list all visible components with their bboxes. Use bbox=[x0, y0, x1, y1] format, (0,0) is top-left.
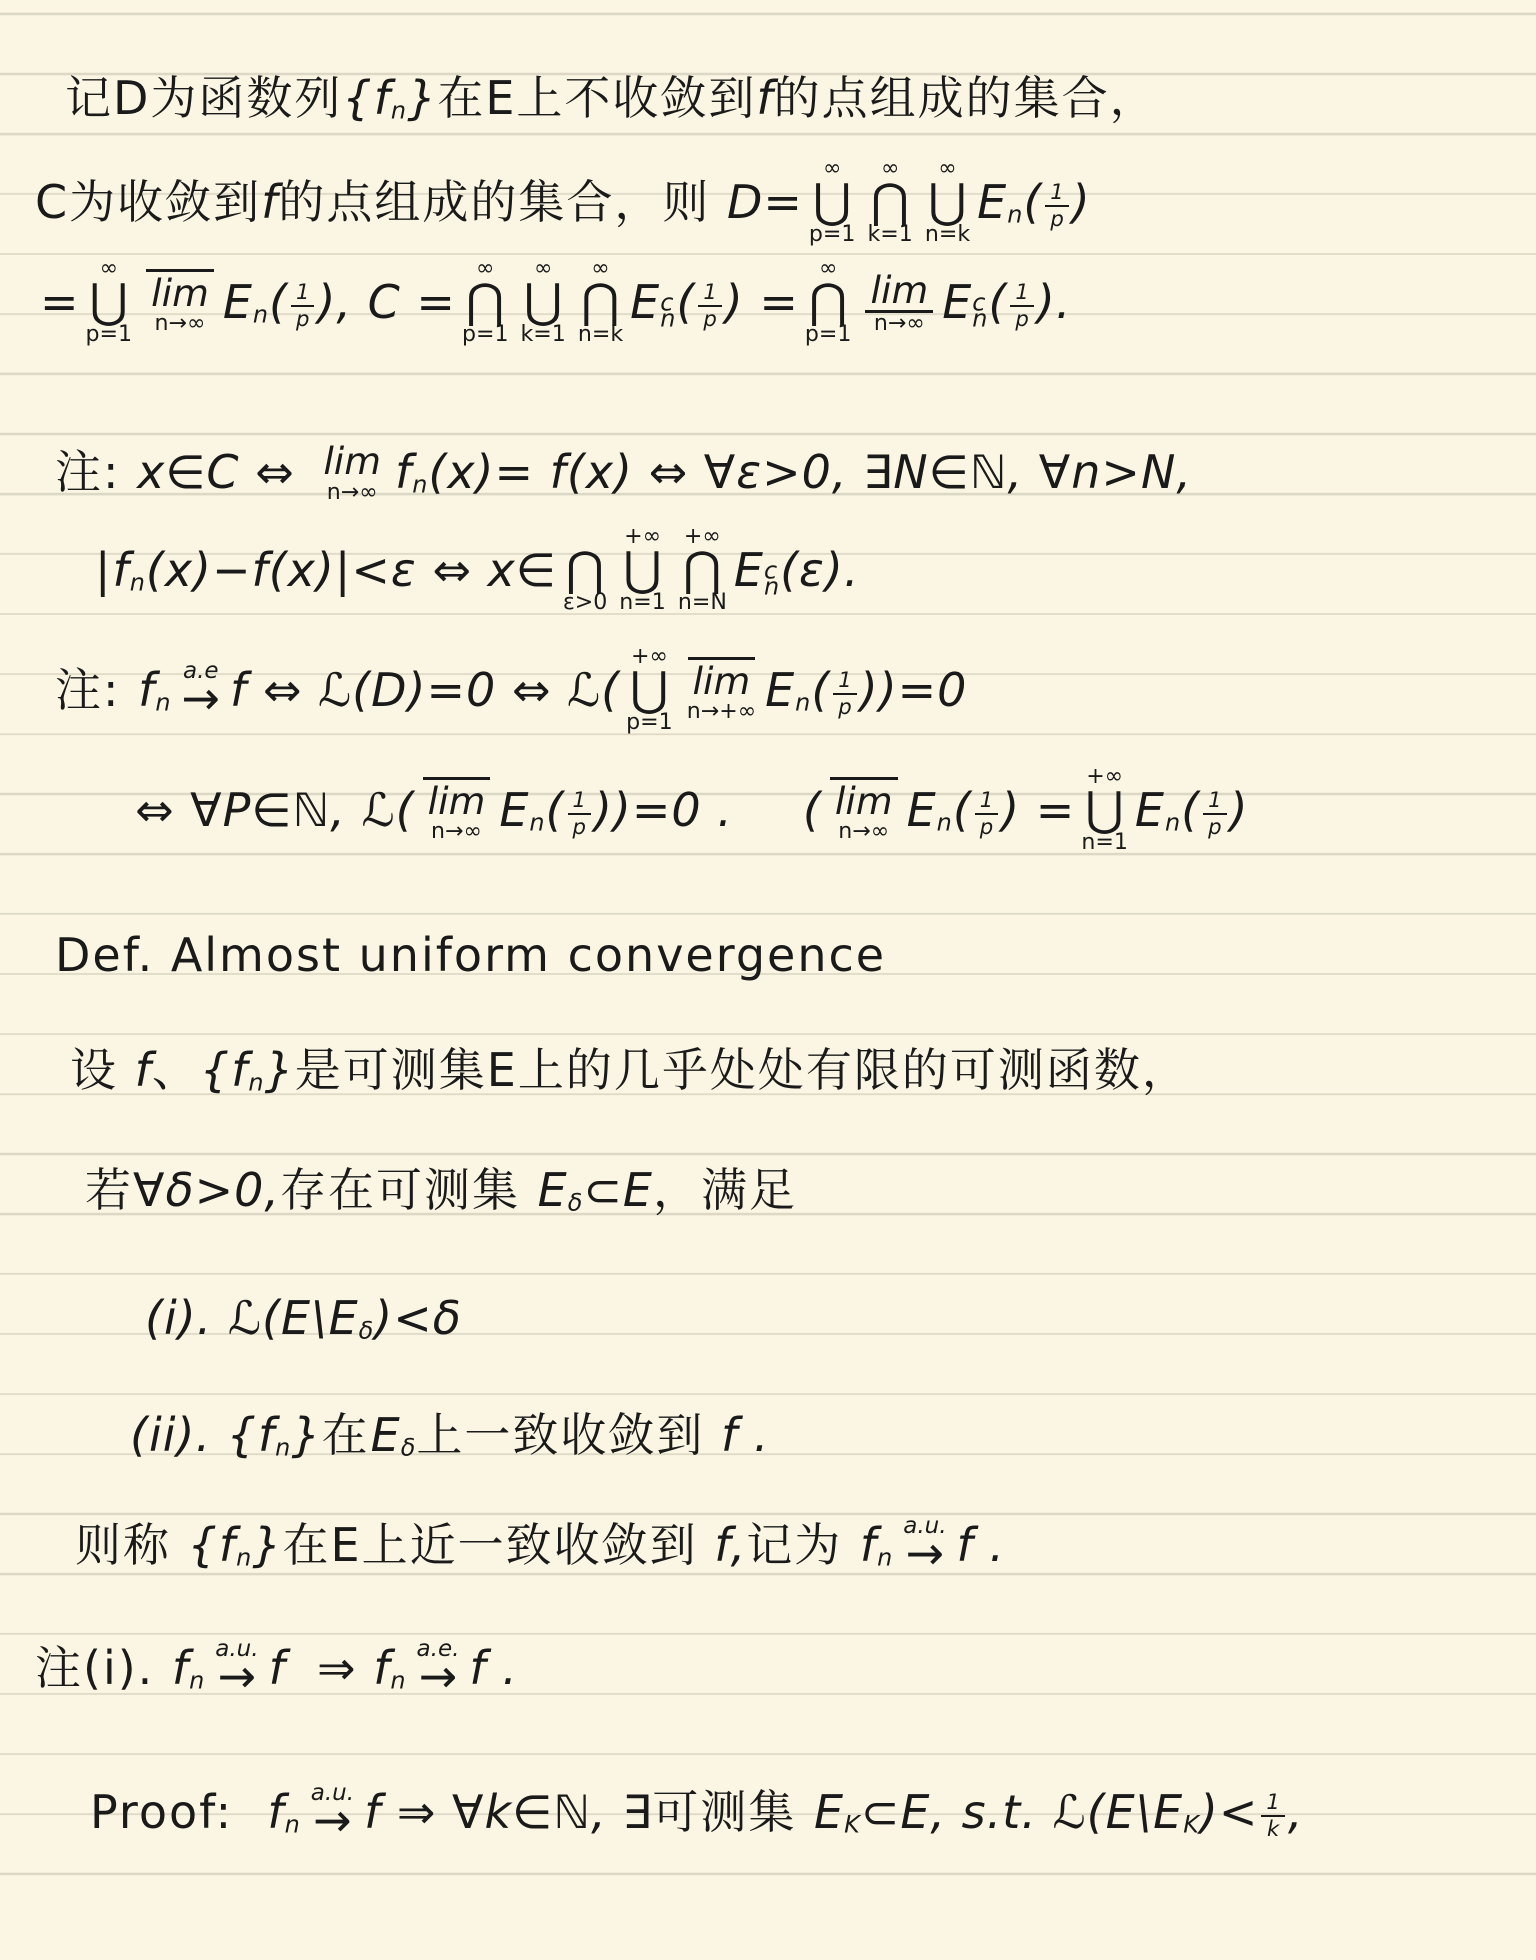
term-subscript: n bbox=[390, 1669, 405, 1689]
term-scripts: n bbox=[1007, 191, 1022, 223]
limit-lower: p=1 bbox=[805, 324, 852, 346]
term-scripts: n bbox=[412, 461, 427, 493]
sub-sup-term: En bbox=[977, 179, 1022, 225]
text-run: 注(i). bbox=[35, 1645, 171, 1691]
numerator: 1 bbox=[1045, 180, 1068, 206]
math-run: ) = bbox=[1001, 787, 1075, 833]
term-base: f bbox=[267, 1789, 283, 1835]
intersection-operator: ∞⋂k=1 bbox=[867, 158, 912, 247]
math-run: ⊂E bbox=[583, 1167, 653, 1213]
term-scripts: n bbox=[155, 679, 170, 711]
term-scripts: n bbox=[877, 1534, 892, 1566]
math-run: f, bbox=[714, 1522, 746, 1568]
limit-operator: limn→∞ bbox=[423, 777, 491, 844]
term-subscript: n bbox=[275, 1436, 290, 1456]
sub-sup-term: fn bbox=[231, 1047, 263, 1093]
math-run: f bbox=[135, 1047, 152, 1093]
term-scripts: δ bbox=[359, 1307, 374, 1339]
numerator: 1 bbox=[1203, 788, 1226, 814]
term-base: f bbox=[373, 1645, 389, 1691]
term-base: E bbox=[499, 787, 528, 833]
lim-word: lim bbox=[688, 657, 756, 702]
math-run: ). bbox=[1037, 279, 1072, 325]
term-subscript: n bbox=[189, 1669, 204, 1689]
arrow-glyph: → bbox=[419, 1653, 458, 1699]
arrow-glyph: → bbox=[906, 1530, 945, 1576]
labeled-convergence-arrow: a.u.→ bbox=[903, 1515, 946, 1576]
sub-sup-term: EK bbox=[814, 1789, 860, 1835]
term-base: f bbox=[113, 547, 129, 593]
sub-sup-term: fn bbox=[860, 1522, 892, 1568]
sub-sup-term: fn bbox=[374, 75, 406, 121]
limit-lower: n→+∞ bbox=[687, 701, 756, 723]
math-run: ))=0 . bbox=[594, 787, 733, 833]
sub-sup-term: Ecn bbox=[630, 279, 675, 325]
math-run: ) bbox=[1072, 179, 1091, 225]
math-run: ( bbox=[803, 787, 822, 833]
note-line-5: |fn(x)−f(x)|<ε ⇔ x∈ ⋂ε>0+∞⋃n=1+∞⋂n=NEcn(… bbox=[95, 520, 859, 620]
term-base: E bbox=[942, 279, 971, 325]
term-scripts: n bbox=[253, 291, 268, 323]
text-run: 记D为函数列 bbox=[65, 75, 342, 121]
math-run: ) bbox=[1230, 787, 1249, 833]
math-run: = bbox=[40, 279, 80, 325]
fraction: 1p bbox=[698, 280, 721, 330]
sub-sup-term: Ecn bbox=[942, 279, 987, 325]
term-scripts: n bbox=[1165, 799, 1180, 831]
math-run: { bbox=[342, 75, 372, 121]
note-line-7: ⇔ ∀P∈ℕ, ℒ(limn→∞En(1p))=0 .(limn→∞En(1p)… bbox=[135, 760, 1249, 860]
fraction: 1k bbox=[1261, 1790, 1284, 1840]
union-operator: +∞⋃n=1 bbox=[619, 526, 666, 615]
text-run: 注: bbox=[55, 449, 137, 495]
term-subscript: n bbox=[391, 99, 406, 119]
term-subscript: n bbox=[764, 575, 779, 591]
math-run: } bbox=[264, 1047, 294, 1093]
term-scripts: cn bbox=[764, 559, 779, 591]
operator-glyph: ⋃ bbox=[623, 548, 661, 593]
sub-sup-term: fn bbox=[373, 1645, 405, 1691]
lim-word: lim bbox=[423, 777, 491, 822]
sub-sup-term: EK bbox=[1153, 1789, 1199, 1835]
denominator: p bbox=[1208, 815, 1221, 838]
operator-glyph: ⋂ bbox=[466, 280, 504, 325]
numerator: 1 bbox=[833, 668, 856, 694]
numerator: 1 bbox=[568, 788, 591, 814]
note-line-2: C为收敛到f的点组成的集合，则 D=∞⋃p=1∞⋂k=1∞⋃n=kEn(1p) bbox=[35, 152, 1091, 252]
math-run: ( bbox=[269, 279, 288, 325]
math-run: (ii). { bbox=[130, 1412, 257, 1458]
term-scripts: n bbox=[130, 559, 145, 591]
lim-word: lim bbox=[318, 440, 386, 482]
text-run: 存在可测集 bbox=[280, 1167, 537, 1213]
fraction: 1p bbox=[975, 788, 998, 838]
note-line-11: (i). ℒ(E\Eδ)<δ bbox=[145, 1268, 462, 1368]
term-scripts: n bbox=[390, 1657, 405, 1689]
term-subscript: δ bbox=[568, 1191, 583, 1211]
text-run: ，满足 bbox=[653, 1167, 797, 1213]
sub-sup-term: En bbox=[223, 279, 268, 325]
term-base: E bbox=[765, 667, 794, 713]
operator-glyph: ⋂ bbox=[683, 548, 721, 593]
note-line-12: (ii). {fn}在Eδ上一致收敛到 f . bbox=[130, 1385, 769, 1485]
note-line-8: Def. Almost uniform convergence bbox=[55, 905, 886, 1005]
intersection-operator: ∞⋂n=k bbox=[578, 258, 623, 347]
math-run: f ⇒ ∀k∈ℕ, ∃ bbox=[364, 1789, 652, 1835]
limit-lower: p=1 bbox=[462, 324, 509, 346]
term-scripts: cn bbox=[660, 291, 675, 323]
term-scripts: n bbox=[795, 679, 810, 711]
term-subscript: K bbox=[1183, 1813, 1199, 1833]
limit-lower: k=1 bbox=[521, 324, 566, 346]
text-run: 是可测集E上的几乎处处有限的可测函数， bbox=[295, 1047, 1190, 1093]
term-scripts: δ bbox=[401, 1424, 416, 1456]
text-run: 设 bbox=[70, 1047, 135, 1093]
math-run: (i). ℒ(E\ bbox=[145, 1295, 328, 1341]
math-run: | bbox=[95, 547, 112, 593]
notebook-page: 记D为函数列{fn}在E上不收敛到f的点组成的集合，C为收敛到f的点组成的集合，… bbox=[0, 0, 1536, 1960]
numerator: 1 bbox=[1261, 1790, 1284, 1816]
text-run: 可测集 bbox=[652, 1789, 813, 1835]
math-run: x∈C ⇔ bbox=[137, 449, 310, 495]
operator-glyph: ⋃ bbox=[813, 180, 851, 225]
term-subscript: n bbox=[412, 473, 427, 493]
math-run: ( bbox=[1181, 787, 1200, 833]
term-scripts: cn bbox=[972, 291, 987, 323]
text-run: 在E上近一致收敛到 bbox=[283, 1522, 715, 1568]
math-run: ( bbox=[988, 279, 1007, 325]
labeled-convergence-arrow: a.e.→ bbox=[417, 1638, 460, 1699]
operator-glyph: ⋃ bbox=[1085, 788, 1123, 833]
term-base: f bbox=[172, 1645, 188, 1691]
fraction: 1p bbox=[1203, 788, 1226, 838]
note-line-10: 若∀δ>0,存在可测集 Eδ⊂E，满足 bbox=[85, 1140, 797, 1240]
text-run: 注: bbox=[55, 667, 137, 713]
operator-glyph: ⋂ bbox=[566, 548, 604, 593]
lim-word: lim bbox=[830, 777, 898, 822]
math-run: { bbox=[188, 1522, 218, 1568]
term-subscript: n bbox=[1007, 203, 1022, 223]
term-scripts: n bbox=[248, 1059, 263, 1091]
denominator: p bbox=[296, 307, 309, 330]
operator-glyph: ⋃ bbox=[928, 180, 966, 225]
labeled-convergence-arrow: a.u.→ bbox=[311, 1782, 354, 1843]
limit-lower: n→∞ bbox=[431, 821, 482, 843]
math-run: { bbox=[200, 1047, 230, 1093]
term-subscript: n bbox=[972, 307, 987, 323]
numerator: 1 bbox=[698, 280, 721, 306]
math-run: , bbox=[1288, 1789, 1304, 1835]
term-base: E bbox=[977, 179, 1006, 225]
math-run: ⊂E, s.t. ℒ(E\ bbox=[861, 1789, 1152, 1835]
fraction: 1p bbox=[1010, 280, 1033, 330]
sub-sup-term: En bbox=[1135, 787, 1180, 833]
sub-sup-term: fn bbox=[138, 667, 170, 713]
math-run: ( bbox=[546, 787, 565, 833]
sub-sup-term: fn bbox=[395, 449, 427, 495]
text-run: 若 bbox=[85, 1167, 133, 1213]
term-scripts: K bbox=[1183, 1801, 1199, 1833]
operator-glyph: ⋂ bbox=[809, 280, 847, 325]
note-line-1: 记D为函数列{fn}在E上不收敛到f的点组成的集合， bbox=[65, 48, 1158, 148]
limit-lower: n→∞ bbox=[874, 313, 925, 335]
limit-lower: n=N bbox=[678, 592, 727, 614]
math-run: ( bbox=[953, 787, 972, 833]
math-run: )< bbox=[1200, 1789, 1259, 1835]
denominator: p bbox=[703, 307, 716, 330]
operator-glyph: ⋃ bbox=[90, 280, 128, 325]
math-run: } bbox=[291, 1412, 321, 1458]
term-subscript: n bbox=[877, 1546, 892, 1566]
numerator: 1 bbox=[975, 788, 998, 814]
sub-sup-term: fn bbox=[113, 547, 145, 593]
math-run: ( bbox=[676, 279, 695, 325]
term-subscript: n bbox=[248, 1071, 263, 1091]
intersection-operator: ∞⋂p=1 bbox=[805, 258, 852, 347]
math-run: )<δ bbox=[374, 1295, 462, 1341]
limit-lower: n=1 bbox=[619, 592, 666, 614]
labeled-convergence-arrow: a.u.→ bbox=[215, 1638, 258, 1699]
term-base: E bbox=[814, 1789, 843, 1835]
term-subscript: n bbox=[937, 811, 952, 831]
limit-lower: n=k bbox=[925, 224, 970, 246]
term-subscript: n bbox=[285, 1813, 300, 1833]
limit-lower: n→∞ bbox=[327, 482, 378, 504]
text-run: Def. Almost uniform convergence bbox=[55, 932, 886, 978]
sub-sup-term: Ecn bbox=[734, 547, 779, 593]
note-line-14: 注(i). fna.u.→f ⇒ fna.e.→f . bbox=[35, 1618, 518, 1718]
sub-sup-term: Eδ bbox=[329, 1295, 374, 1341]
term-base: E bbox=[329, 1295, 358, 1341]
limit-lower: n→∞ bbox=[838, 821, 889, 843]
math-run: ), C = bbox=[317, 279, 455, 325]
math-run: f . bbox=[957, 1522, 1005, 1568]
sub-sup-term: fn bbox=[219, 1522, 251, 1568]
lim-word: lim bbox=[865, 269, 933, 314]
lim-word: lim bbox=[146, 269, 214, 314]
term-scripts: K bbox=[844, 1801, 860, 1833]
term-subscript: n bbox=[236, 1546, 251, 1566]
sub-sup-term: En bbox=[765, 667, 810, 713]
sub-sup-term: fn bbox=[258, 1412, 290, 1458]
math-run: f . bbox=[469, 1645, 517, 1691]
sub-sup-term: Eδ bbox=[538, 1167, 583, 1213]
limit-lower: ε>0 bbox=[563, 592, 607, 614]
math-run: (ε). bbox=[780, 547, 859, 593]
denominator: p bbox=[1050, 207, 1063, 230]
text-run: 上一致收敛到 bbox=[416, 1412, 721, 1458]
numerator: 1 bbox=[1010, 280, 1033, 306]
note-line-3: =∞⋃p=1limn→∞En(1p), C =∞⋂p=1∞⋃k=1∞⋂n=kEc… bbox=[40, 252, 1071, 352]
text-run: 在E上不收敛到 bbox=[437, 75, 756, 121]
denominator: p bbox=[1015, 307, 1028, 330]
union-operator: ∞⋃n=k bbox=[925, 158, 970, 247]
limit-operator: limn→∞ bbox=[318, 440, 386, 504]
math-run: f bbox=[756, 75, 773, 121]
term-scripts: n bbox=[391, 87, 406, 119]
term-base: f bbox=[219, 1522, 235, 1568]
operator-glyph: ⋃ bbox=[630, 668, 668, 713]
math-run: ))=0 bbox=[860, 667, 968, 713]
term-base: E bbox=[1153, 1789, 1182, 1835]
math-run: ∀δ>0, bbox=[133, 1167, 280, 1213]
numerator: 1 bbox=[291, 280, 314, 306]
math-run: f bbox=[261, 179, 278, 225]
term-scripts: n bbox=[285, 1801, 300, 1833]
union-operator: +∞⋃p=1 bbox=[626, 646, 673, 735]
term-subscript: n bbox=[253, 303, 268, 323]
math-run: D= bbox=[727, 179, 803, 225]
math-run: ) = bbox=[725, 279, 799, 325]
fraction: 1p bbox=[291, 280, 314, 330]
term-subscript: n bbox=[529, 811, 544, 831]
math-run: } bbox=[252, 1522, 282, 1568]
note-line-13: 则称 {fn}在E上近一致收敛到 f,记为 fna.u.→f . bbox=[75, 1495, 1005, 1595]
arrow-glyph: → bbox=[313, 1797, 352, 1843]
math-run: ( bbox=[811, 667, 830, 713]
denominator: p bbox=[838, 695, 851, 718]
limit-lower: p=1 bbox=[809, 224, 856, 246]
term-base: E bbox=[907, 787, 936, 833]
term-base: f bbox=[395, 449, 411, 495]
term-base: E bbox=[538, 1167, 567, 1213]
term-scripts: n bbox=[937, 799, 952, 831]
term-subscript: K bbox=[844, 1813, 860, 1833]
denominator: p bbox=[573, 815, 586, 838]
term-base: f bbox=[138, 667, 154, 713]
union-operator: ∞⋃p=1 bbox=[86, 258, 133, 347]
limit-lower: k=1 bbox=[867, 224, 912, 246]
text-run: Proof: bbox=[90, 1789, 266, 1835]
limit-operator: limn→∞ bbox=[865, 269, 933, 336]
limit-operator: limn→+∞ bbox=[687, 657, 756, 724]
term-base: E bbox=[371, 1412, 400, 1458]
math-run: ( bbox=[1023, 179, 1042, 225]
limit-operator: limn→∞ bbox=[830, 777, 898, 844]
term-subscript: n bbox=[795, 691, 810, 711]
operator-glyph: ⋃ bbox=[524, 280, 562, 325]
term-subscript: δ bbox=[401, 1436, 416, 1456]
math-run: f . bbox=[721, 1412, 769, 1458]
text-run: 在 bbox=[322, 1412, 370, 1458]
union-operator: +∞⋃n=1 bbox=[1081, 766, 1128, 855]
note-line-15: Proof: fna.u.→f ⇒ ∀k∈ℕ, ∃可测集 EK⊂E, s.t. … bbox=[90, 1762, 1304, 1862]
operator-glyph: ⋂ bbox=[871, 180, 909, 225]
note-line-6: 注: fna.e→f ⇔ ℒ(D)=0 ⇔ ℒ(+∞⋃p=1limn→+∞En(… bbox=[55, 640, 967, 740]
term-base: E bbox=[734, 547, 763, 593]
labeled-convergence-arrow: a.e→ bbox=[181, 660, 220, 721]
denominator: k bbox=[1267, 1817, 1279, 1840]
term-base: f bbox=[258, 1412, 274, 1458]
term-base: E bbox=[1135, 787, 1164, 833]
fraction: 1p bbox=[1045, 180, 1068, 230]
limit-operator: limn→∞ bbox=[146, 269, 214, 336]
fraction: 1p bbox=[833, 668, 856, 718]
limit-lower: n→∞ bbox=[155, 313, 206, 335]
term-base: E bbox=[223, 279, 252, 325]
union-operator: ∞⋃p=1 bbox=[809, 158, 856, 247]
text-run: 的点组成的集合，则 bbox=[278, 179, 727, 225]
text-run: C为收敛到 bbox=[35, 179, 261, 225]
sub-sup-term: Eδ bbox=[371, 1412, 416, 1458]
term-scripts: n bbox=[275, 1424, 290, 1456]
math-run: (x)= f(x) ⇔ ∀ε>0, ∃N∈ℕ, ∀n>N, bbox=[428, 449, 1192, 495]
term-subscript: n bbox=[1165, 811, 1180, 831]
text-run: 记为 bbox=[746, 1522, 859, 1568]
limit-lower: n=k bbox=[578, 324, 623, 346]
intersection-operator: +∞⋂n=N bbox=[678, 526, 727, 615]
math-run: f ⇒ bbox=[269, 1645, 373, 1691]
arrow-glyph: → bbox=[181, 675, 220, 721]
limit-lower: n=1 bbox=[1081, 832, 1128, 854]
term-base: E bbox=[630, 279, 659, 325]
limit-lower: p=1 bbox=[626, 712, 673, 734]
math-run: ⇔ ∀P∈ℕ, ℒ( bbox=[135, 787, 415, 833]
intersection-operator: ⋂ε>0 bbox=[563, 526, 607, 615]
term-subscript: n bbox=[155, 691, 170, 711]
term-subscript: δ bbox=[359, 1319, 374, 1339]
math-run: (x)−f(x)|<ε ⇔ x∈ bbox=[146, 547, 557, 593]
math-run: } bbox=[407, 75, 437, 121]
term-scripts: n bbox=[529, 799, 544, 831]
sub-sup-term: fn bbox=[172, 1645, 204, 1691]
intersection-operator: ∞⋂p=1 bbox=[462, 258, 509, 347]
sub-sup-term: En bbox=[499, 787, 544, 833]
term-scripts: δ bbox=[568, 1179, 583, 1211]
note-line-4: 注: x∈C ⇔ limn→∞fn(x)= f(x) ⇔ ∀ε>0, ∃N∈ℕ,… bbox=[55, 422, 1192, 522]
term-base: f bbox=[860, 1522, 876, 1568]
fraction: 1p bbox=[568, 788, 591, 838]
term-subscript: n bbox=[130, 571, 145, 591]
text-run: 则称 bbox=[75, 1522, 188, 1568]
term-base: f bbox=[231, 1047, 247, 1093]
term-subscript: n bbox=[660, 307, 675, 323]
math-run: f ⇔ ℒ(D)=0 ⇔ ℒ( bbox=[230, 667, 620, 713]
term-scripts: n bbox=[236, 1534, 251, 1566]
term-scripts: n bbox=[189, 1657, 204, 1689]
term-base: f bbox=[374, 75, 390, 121]
sub-sup-term: fn bbox=[267, 1789, 299, 1835]
denominator: p bbox=[980, 815, 993, 838]
text-run: 、 bbox=[152, 1047, 200, 1093]
arrow-glyph: → bbox=[218, 1653, 257, 1699]
operator-glyph: ⋂ bbox=[581, 280, 619, 325]
text-run: 的点组成的集合， bbox=[774, 75, 1158, 121]
sub-sup-term: En bbox=[907, 787, 952, 833]
limit-lower: p=1 bbox=[86, 324, 133, 346]
union-operator: ∞⋃k=1 bbox=[521, 258, 566, 347]
note-line-9: 设 f、{fn}是可测集E上的几乎处处有限的可测函数， bbox=[70, 1020, 1190, 1120]
